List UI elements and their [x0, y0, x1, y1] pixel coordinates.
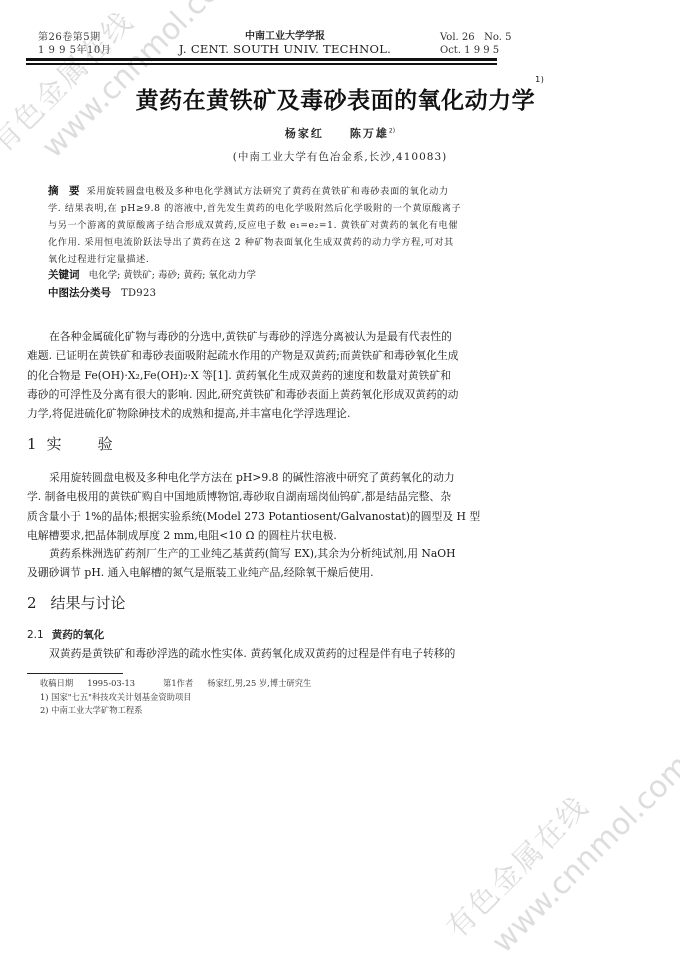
footnotes: 收稿日期1995-03-13第1作者杨家红,男,25 岁,博士研究生 1) 国家… [40, 677, 311, 718]
paragraph-line: 黄药系株洲选矿药剂厂生产的工业纯乙基黄药(简写 EX),其余为分析纯试剂,用 N… [27, 544, 515, 563]
affiliation: (中南工业大学有色冶金系,长沙,410083) [0, 149, 680, 164]
watermark-url-bottom: www.cnnmol.com [485, 748, 680, 960]
section-title: 结果与讨论 [51, 594, 126, 612]
paragraph-line: 毒砂的可浮性及分离有很大的影响. 因此,研究黄铁矿和毒砂表面上黄药氧化形成双黄药… [27, 385, 515, 404]
keywords-text: 电化学; 黄铁矿; 毒砂; 黄药; 氧化动力学 [89, 270, 256, 281]
abstract-line: 学. 结果表明,在 pH≥9.8 的溶液中,首先发生黄药的电化学吸附然后化学吸附… [48, 200, 503, 217]
footnote-received: 收稿日期1995-03-13第1作者杨家红,男,25 岁,博士研究生 [40, 677, 311, 691]
volume-info-en: Vol. 26 No. 5 Oct. 1 9 9 5 [440, 31, 511, 57]
classification-number: 中图法分类号TD923 [48, 285, 156, 300]
introduction: 在各种金属硫化矿物与毒砂的分选中,黄铁矿与毒砂的浮选分离被认为是最有代表性的 难… [27, 327, 515, 423]
article-title-text: 黄药在黄铁矿及毒砂表面的氧化动力学 [136, 88, 536, 114]
issue-date-en: Oct. 1 9 9 5 [440, 44, 511, 57]
paragraph-line: 及硼砂调节 pH. 通入电解槽的氮气是瓶装工业纯产品,经除氧干燥后使用. [27, 563, 515, 582]
section-1-paragraph-2: 黄药系株洲选矿药剂厂生产的工业纯乙基黄药(简写 EX),其余为分析纯试剂,用 N… [27, 544, 515, 583]
footnote-1: 1) 国家"七五"科技攻关计划基金资助项目 [40, 691, 311, 705]
volume-issue-info: 第26卷第5期 1 9 9 5年10月 [38, 31, 111, 57]
journal-name: 中南工业大学学报 J. CENT. SOUTH UNIV. TECHNOL. [170, 30, 400, 56]
author-2-footnote-mark: 2) [389, 127, 395, 134]
volume-issue: 第26卷第5期 [38, 31, 111, 44]
watermark-cn-bottom: 有色金属在线 [436, 785, 597, 946]
subsection-title: 黄药的氧化 [52, 629, 105, 641]
author-2: 陈万雄 [350, 127, 389, 140]
keywords: 关键词 电化学; 黄铁矿; 毒砂; 黄药; 氧化动力学 [48, 267, 256, 282]
paragraph-line: 采用旋转圆盘电极及多种电化学方法在 pH>9.8 的碱性溶液中研究了黄药氧化的动… [27, 468, 515, 487]
footnote-2: 2) 中南工业大学矿物工程系 [40, 704, 311, 718]
paragraph-line: 的化合物是 Fe(OH)·X₂,Fe(OH)₂·X 等[1]. 黄药氧化生成双黄… [27, 366, 515, 385]
paragraph-line: 在各种金属硫化矿物与毒砂的分选中,黄铁矿与毒砂的浮选分离被认为是最有代表性的 [27, 327, 515, 346]
article-title: 黄药在黄铁矿及毒砂表面的氧化动力学1) [0, 82, 680, 115]
header-rule-thick [26, 58, 497, 61]
abstract-line: 与另一个游离的黄原酸离子结合形成双黄药,反应电子数 e₁=e₂=1. 黄铁矿对黄… [48, 217, 503, 234]
header-rule-thin [26, 63, 497, 65]
volume-number-en: Vol. 26 No. 5 [440, 31, 511, 44]
section-2-heading: 2结果与讨论 [27, 592, 126, 613]
subsection-2-1-heading: 2.1黄药的氧化 [27, 627, 104, 642]
paragraph-line: 学. 制备电极用的黄铁矿购自中国地质博物馆,毒砂取自湖南瑶岗仙钨矿,都是结晶完整… [27, 487, 515, 506]
author-list: 杨家红陈万雄2) [0, 125, 680, 141]
paragraph-line: 难题. 已证明在黄铁矿和毒砂表面吸附起疏水作用的产物是双黄药;而黄铁矿和毒砂氧化… [27, 346, 515, 365]
abstract-line: 化作用. 采用恒电流阶跃法导出了黄药在这 2 种矿物表面氧化生成双黄药的动力学方… [48, 234, 503, 251]
abstract-line: 摘 要 采用旋转圆盘电极及多种电化学测试方法研究了黄药在黄铁矿和毒砂表面的氧化动… [48, 183, 503, 200]
footnote-rule [27, 673, 123, 674]
journal-name-en: J. CENT. SOUTH UNIV. TECHNOL. [170, 43, 400, 56]
paragraph-line: 质含量小于 1%的晶体;根据实验系统(Model 273 Potantiosen… [27, 507, 515, 526]
section-1-paragraph-1: 采用旋转圆盘电极及多种电化学方法在 pH>9.8 的碱性溶液中研究了黄药氧化的动… [27, 468, 515, 545]
section-number: 1 [27, 435, 37, 453]
section-number: 2 [27, 594, 37, 612]
abstract-label: 摘 要 [48, 185, 80, 197]
section-2-paragraph-1: 双黄药是黄铁矿和毒砂浮选的疏水性实体. 黄药氧化成双黄药的过程是伴有电子转移的 [27, 644, 515, 663]
paragraph-line: 力学,将促进硫化矿物除砷技术的成熟和提高,并丰富电化学浮选理论. [27, 404, 515, 423]
paragraph-line: 双黄药是黄铁矿和毒砂浮选的疏水性实体. 黄药氧化成双黄药的过程是伴有电子转移的 [27, 644, 515, 663]
title-footnote-mark: 1) [535, 75, 544, 84]
clc-code: TD923 [121, 288, 156, 299]
abstract: 摘 要 采用旋转圆盘电极及多种电化学测试方法研究了黄药在黄铁矿和毒砂表面的氧化动… [48, 183, 503, 268]
clc-label: 中图法分类号 [48, 287, 111, 299]
subsection-number: 2.1 [27, 629, 44, 641]
abstract-line: 氧化过程进行定量描述. [48, 251, 503, 268]
section-1-heading: 1实验 [27, 433, 113, 454]
keywords-label: 关键词 [48, 269, 80, 281]
paragraph-line: 电解槽要求,把晶体制成厚度 2 mm,电阻<10 Ω 的圆柱片状电极. [27, 526, 515, 545]
issue-date-cn: 1 9 9 5年10月 [38, 44, 111, 57]
author-1: 杨家红 [285, 127, 324, 140]
